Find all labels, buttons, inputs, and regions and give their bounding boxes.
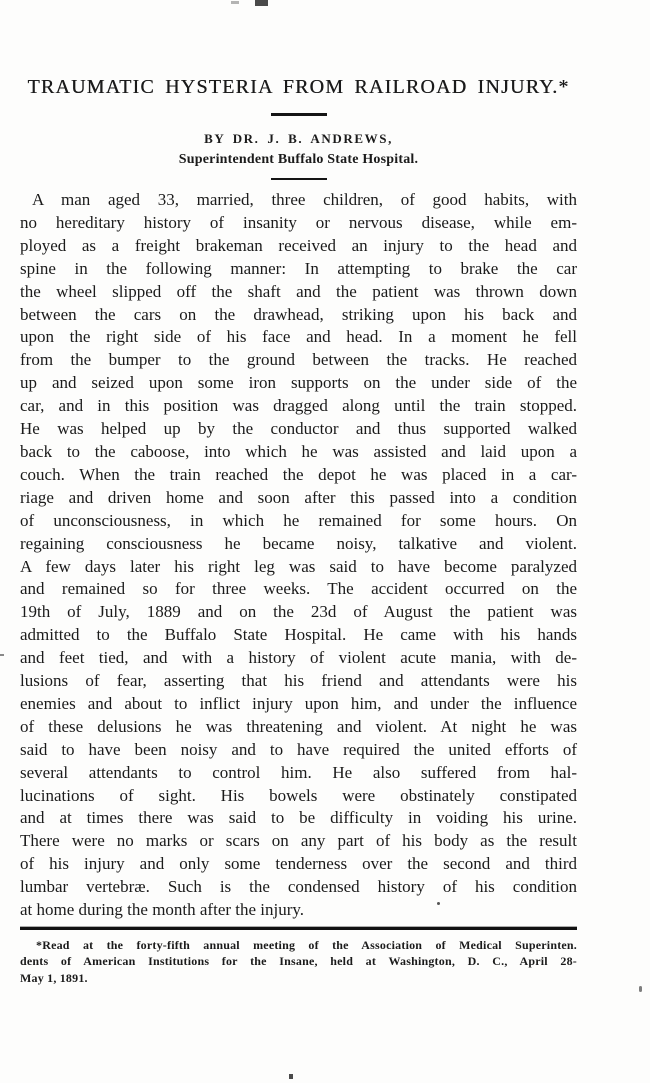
- body-line: said to have been noisy and to have requ…: [20, 739, 577, 762]
- body-line: up and seized upon some iron supports on…: [20, 372, 577, 395]
- article-body: A man aged 33, married, three children, …: [20, 189, 577, 922]
- body-line: lusions of fear, asserting that his frie…: [20, 670, 577, 693]
- author-byline: BY DR. J. B. ANDREWS,: [20, 131, 577, 147]
- article-title: TRAUMATIC HYSTERIA FROM RAILROAD INJURY.…: [20, 74, 577, 100]
- body-line: lucinations of sight. His bowels were ob…: [20, 785, 577, 808]
- body-line: lumbar vertebræ. Such is the condensed h…: [20, 876, 577, 899]
- footnote-line: May 1, 1891.: [20, 970, 577, 987]
- body-line: of his injury and only some tenderness o…: [20, 853, 577, 876]
- body-line: and at times there was said to be diffic…: [20, 807, 577, 830]
- body-line: and feet tied, and with a history of vio…: [20, 647, 577, 670]
- scan-artifact: [0, 654, 4, 656]
- scanned-article-page: TRAUMATIC HYSTERIA FROM RAILROAD INJURY.…: [0, 0, 650, 1083]
- body-line: and remained so for three weeks. The acc…: [20, 578, 577, 601]
- body-line: He was helped up by the conductor and th…: [20, 418, 577, 441]
- article-content: TRAUMATIC HYSTERIA FROM RAILROAD INJURY.…: [20, 0, 577, 986]
- byline-divider-rule: [271, 178, 327, 181]
- body-line: A man aged 33, married, three children, …: [20, 189, 577, 212]
- body-line: several attendants to control him. He al…: [20, 762, 577, 785]
- body-line: admitted to the Buffalo State Hospital. …: [20, 624, 577, 647]
- body-line: of unconsciousness, in which he remained…: [20, 510, 577, 533]
- body-line: A few days later his right leg was said …: [20, 556, 577, 579]
- body-line: upon the right side of his face and head…: [20, 326, 577, 349]
- scan-artifact: [639, 986, 642, 992]
- body-line: no hereditary history of insanity or ner…: [20, 212, 577, 235]
- title-divider-rule: [271, 113, 327, 116]
- body-line: couch. When the train reached the depot …: [20, 464, 577, 487]
- body-line: ployed as a freight brakeman received an…: [20, 235, 577, 258]
- body-line: at home during the month after the injur…: [20, 899, 577, 922]
- body-line: enemies and about to inflict injury upon…: [20, 693, 577, 716]
- body-line: riage and driven home and soon after thi…: [20, 487, 577, 510]
- scan-artifact: [289, 1074, 293, 1079]
- body-line: the wheel slipped off the shaft and the …: [20, 281, 577, 304]
- body-line: spine in the following manner: In attemp…: [20, 258, 577, 281]
- body-line: between the cars on the drawhead, striki…: [20, 304, 577, 327]
- body-line: car, and in this position was dragged al…: [20, 395, 577, 418]
- footnote: *Read at the forty-fifth annual meeting …: [20, 937, 577, 987]
- author-affiliation: Superintendent Buffalo State Hospital.: [20, 151, 577, 169]
- body-line: 19th of July, 1889 and on the 23d of Aug…: [20, 601, 577, 624]
- body-line: from the bumper to the ground between th…: [20, 349, 577, 372]
- body-line: back to the caboose, into which he was a…: [20, 441, 577, 464]
- body-line: There were no marks or scars on any part…: [20, 830, 577, 853]
- footnote-divider-rule: [20, 927, 577, 930]
- footnote-line: *Read at the forty-fifth annual meeting …: [20, 937, 577, 954]
- body-line: of these delusions he was threatening an…: [20, 716, 577, 739]
- body-line: regaining consciousness he became noisy,…: [20, 533, 577, 556]
- footnote-line: dents of American Institutions for the I…: [20, 953, 577, 970]
